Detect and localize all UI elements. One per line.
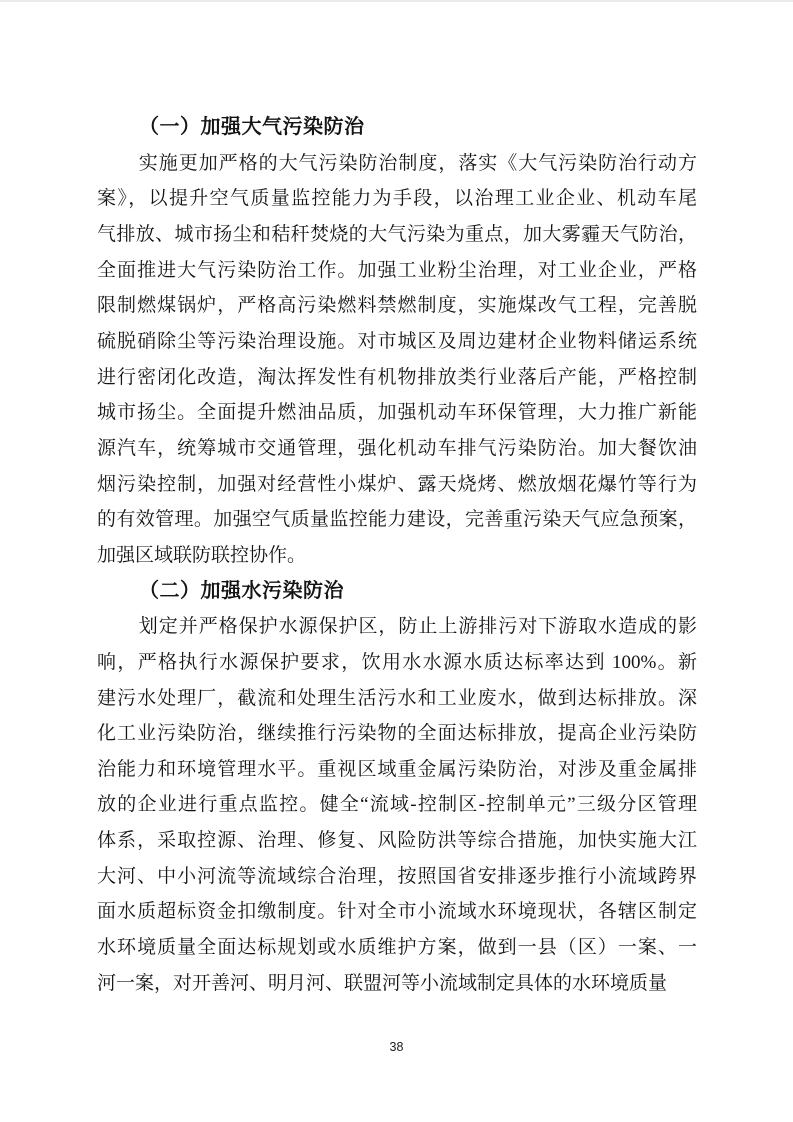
section-heading-air-pollution: （一）加强大气污染防治	[97, 110, 697, 146]
body-line: 面水质超标资金扣缴制度。针对全市小流域水环境现状，各辖区制定	[97, 894, 697, 930]
body-line: 大河、中小河流等流域综合治理，按照国省安排逐步推行小流域跨界	[97, 859, 697, 895]
body-line: 响，严格执行水源保护要求，饮用水水源水质达标率达到 100%。新	[97, 645, 697, 681]
document-page: （一）加强大气污染防治 实施更加严格的大气污染防治制度，落实《大气污染防治行动方…	[0, 0, 793, 1122]
body-line: 烟污染控制，加强对经营性小煤炉、露天烧烤、燃放烟花爆竹等行为	[97, 467, 697, 503]
page-number: 38	[0, 1040, 793, 1054]
body-line: 实施更加严格的大气污染防治制度，落实《大气污染防治行动方	[97, 146, 697, 182]
body-line: 气排放、城市扬尘和秸秆焚烧的大气污染为重点，加大雾霾天气防治，	[97, 217, 697, 253]
body-line: 水环境质量全面达标规划或水质维护方案，做到一县（区）一案、一	[97, 930, 697, 966]
body-line: 进行密闭化改造，淘汰挥发性有机物排放类行业落后产能，严格控制	[97, 360, 697, 396]
document-content: （一）加强大气污染防治 实施更加严格的大气污染防治制度，落实《大气污染防治行动方…	[97, 110, 697, 1001]
body-line: 硫脱硝除尘等污染治理设施。对市城区及周边建材企业物料储运系统	[97, 324, 697, 360]
section-heading-water-pollution: （二）加强水污染防治	[97, 574, 697, 610]
body-line: 化工业污染防治，继续推行污染物的全面达标排放，提高企业污染防	[97, 716, 697, 752]
body-line: 案》，以提升空气质量监控能力为手段，以治理工业企业、机动车尾	[97, 181, 697, 217]
body-line: 放的企业进行重点监控。健全“流域-控制区-控制单元”三级分区管理	[97, 787, 697, 823]
body-line: 的有效管理。加强空气质量监控能力建设，完善重污染天气应急预案，	[97, 502, 697, 538]
body-line: 全面推进大气污染防治工作。加强工业粉尘治理，对工业企业，严格	[97, 253, 697, 289]
body-line: 划定并严格保护水源保护区，防止上游排污对下游取水造成的影	[97, 609, 697, 645]
body-line: 体系，采取控源、治理、修复、风险防洪等综合措施，加快实施大江	[97, 823, 697, 859]
body-line: 治能力和环境管理水平。重视区域重金属污染防治，对涉及重金属排	[97, 752, 697, 788]
body-line: 源汽车，统筹城市交通管理，强化机动车排气污染防治。加大餐饮油	[97, 431, 697, 467]
body-line: 限制燃煤锅炉，严格高污染燃料禁燃制度，实施煤改气工程，完善脱	[97, 288, 697, 324]
body-line: 城市扬尘。全面提升燃油品质，加强机动车环保管理，大力推广新能	[97, 395, 697, 431]
body-line: 加强区域联防联控协作。	[97, 538, 697, 574]
body-line: 建污水处理厂，截流和处理生活污水和工业废水，做到达标排放。深	[97, 681, 697, 717]
body-line: 河一案，对开善河、明月河、联盟河等小流域制定具体的水环境质量	[97, 966, 697, 1002]
